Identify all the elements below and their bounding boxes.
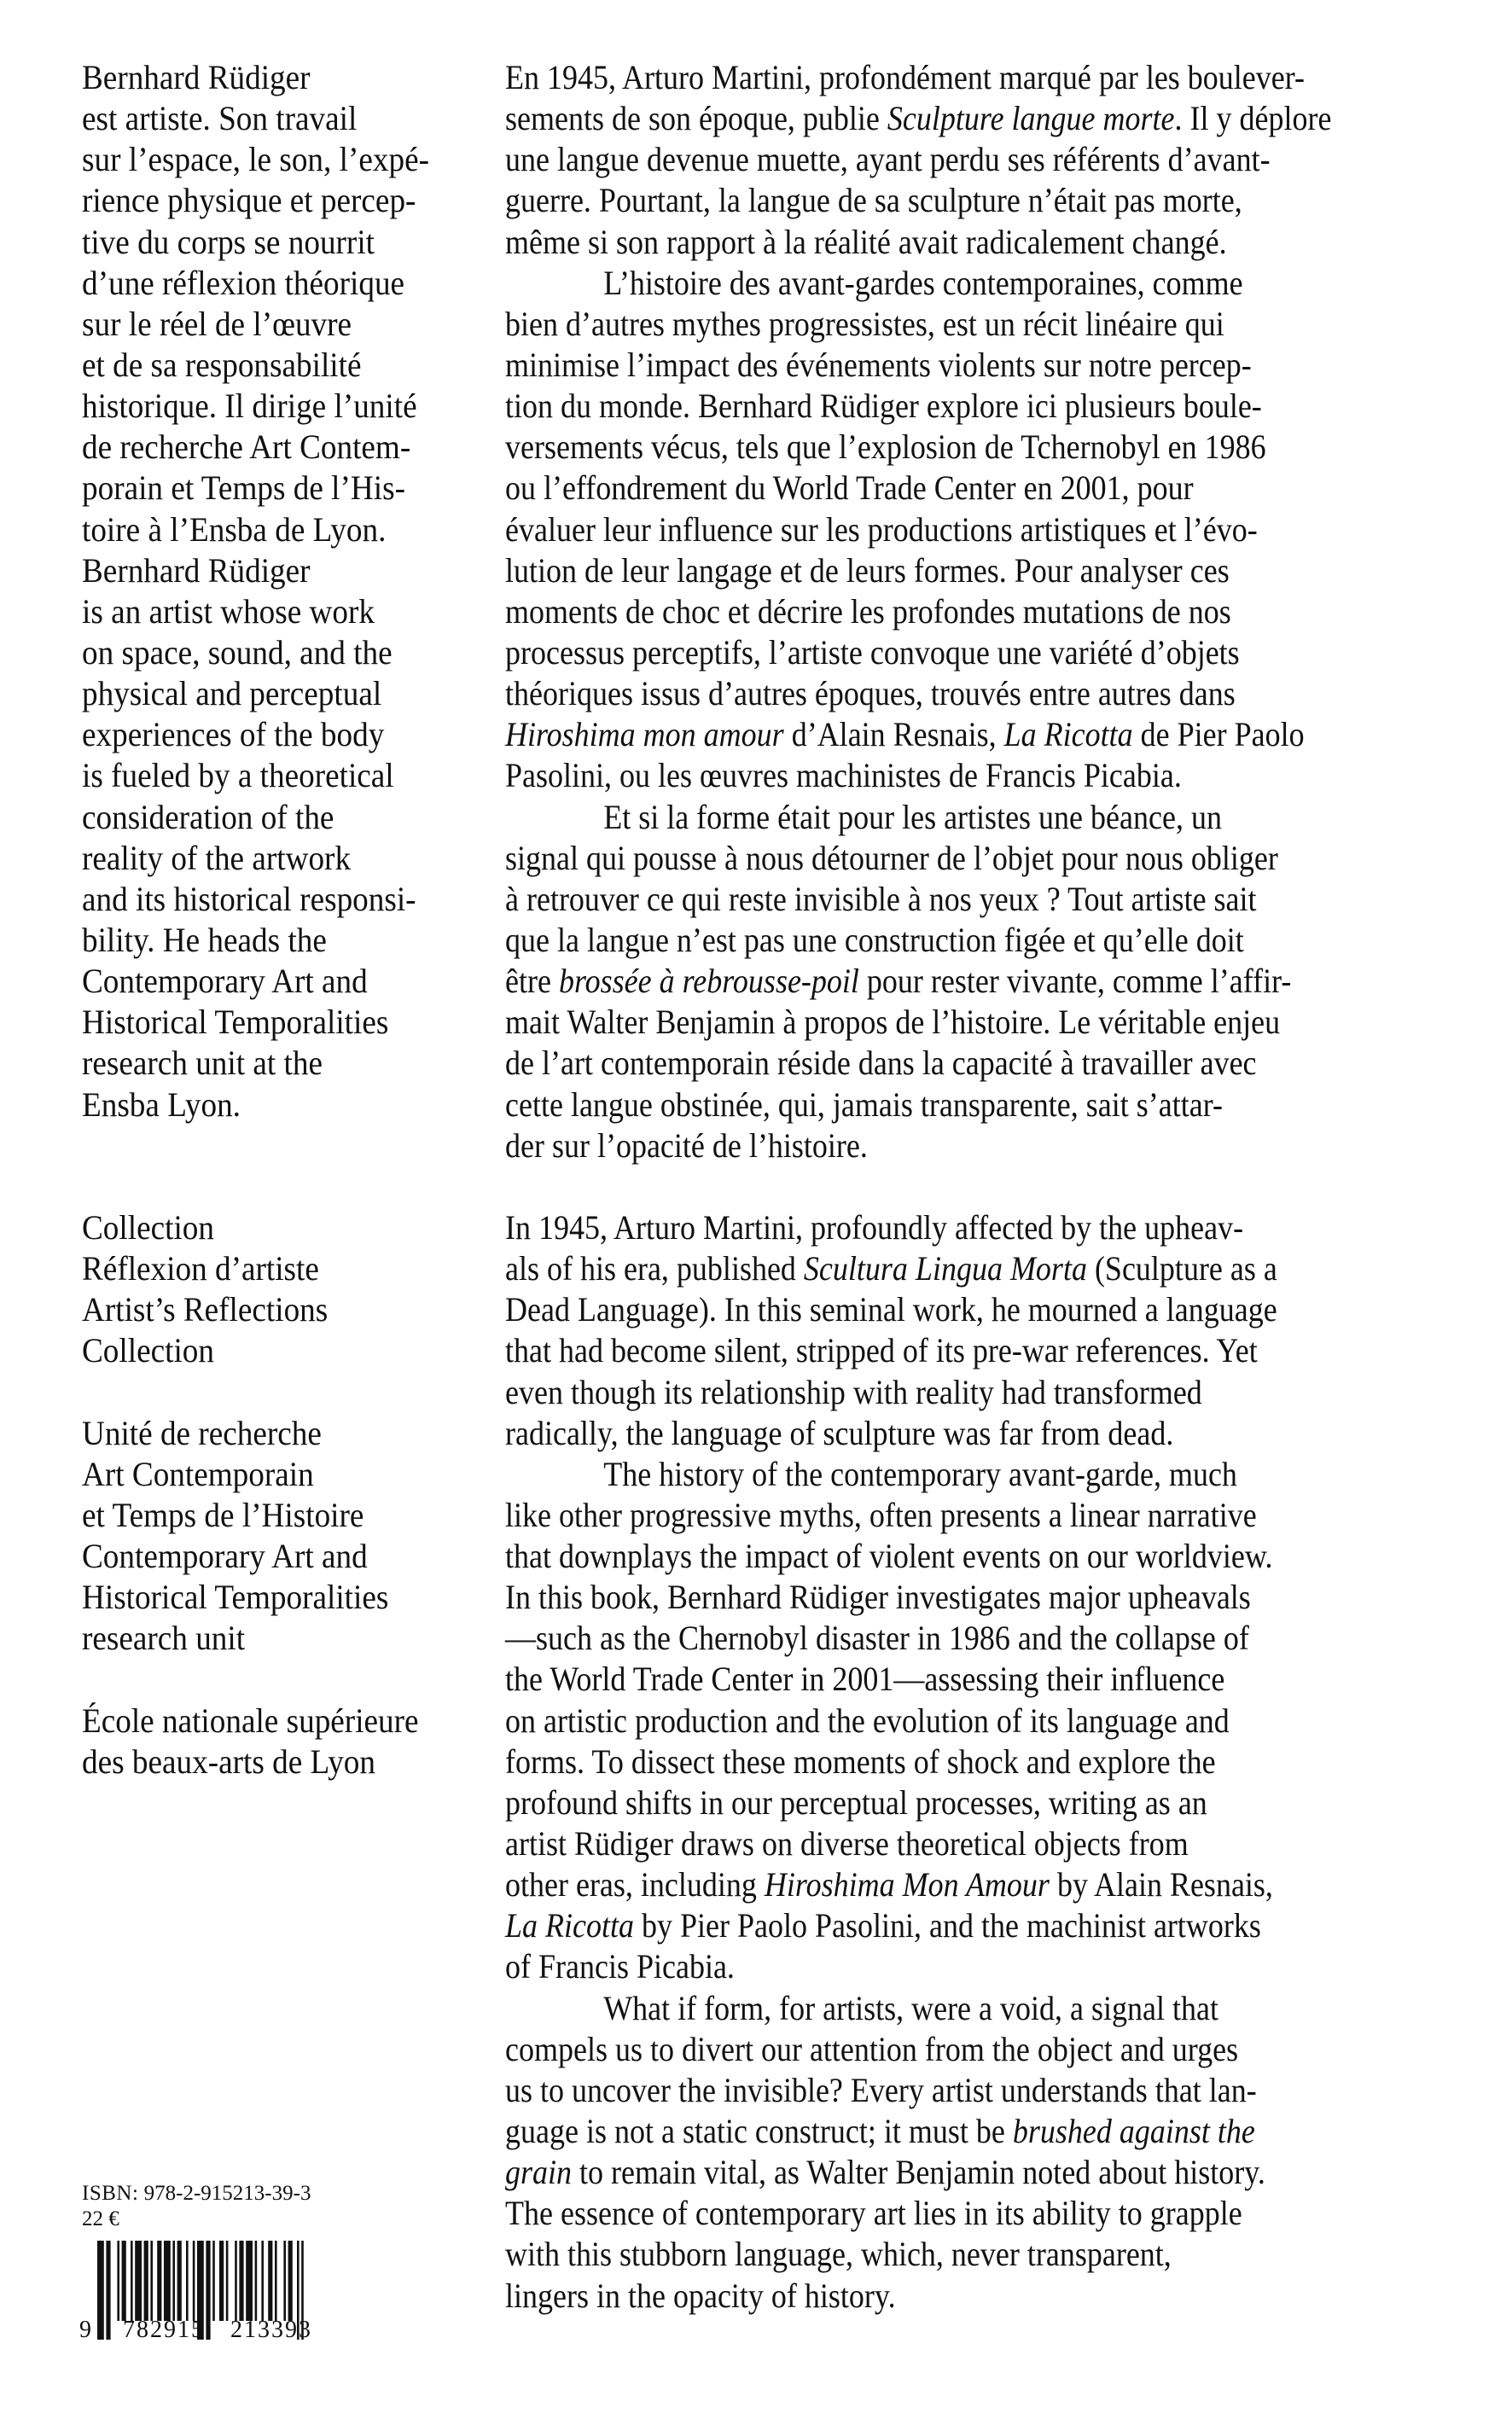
summary-line: La Ricotta by Pier Paolo Pasolini, and t… xyxy=(505,1905,1304,1946)
collection-line: Réflexion d’artiste xyxy=(82,1248,455,1289)
research-unit-line: Art Contemporain xyxy=(82,1454,455,1495)
summary-line: profound shifts in our perceptual proces… xyxy=(505,1782,1304,1823)
summary-line: que la langue n’est pas une construction… xyxy=(505,920,1304,961)
summary-line: processus perceptifs, l’artiste convoque… xyxy=(505,632,1304,673)
summary-line: de l’art contemporain réside dans la cap… xyxy=(505,1043,1304,1084)
collection-line: Collection xyxy=(82,1330,455,1371)
left-column: Bernhard Rüdigerest artiste. Son travail… xyxy=(82,57,483,1782)
bio-line: rience physique et percep- xyxy=(82,180,455,221)
work-title: brushed against the xyxy=(1013,2112,1255,2150)
summary-en: In 1945, Arturo Martini, profoundly affe… xyxy=(505,1207,1393,2317)
bio-line: historique. Il dirige l’unité xyxy=(82,386,455,427)
work-title: La Ricotta xyxy=(505,1906,634,1945)
school-line: des beaux-arts de Lyon xyxy=(82,1742,455,1782)
summary-line: In this book, Bernhard Rüdiger investiga… xyxy=(505,1577,1304,1618)
bio-line: est artiste. Son travail xyxy=(82,98,455,139)
isbn-value: 978-2-915213-39-3 xyxy=(144,2182,311,2205)
summary-line: grain to remain vital, as Walter Benjami… xyxy=(505,2152,1304,2193)
bio-line: toire à l’Ensba de Lyon. xyxy=(82,509,455,550)
research-unit-line: Unité de recherche xyxy=(82,1413,455,1454)
summary-line: artist Rüdiger draws on diverse theoreti… xyxy=(505,1823,1304,1864)
summary-line: —such as the Chernobyl disaster in 1986 … xyxy=(505,1618,1304,1659)
spacer xyxy=(82,1372,455,1413)
barcode-digits-left: 782915 xyxy=(123,2317,205,2343)
summary-line: that downplays the impact of violent eve… xyxy=(505,1536,1304,1577)
summary-line: the World Trade Center in 2001—assessing… xyxy=(505,1659,1304,1700)
summary-line: forms. To dissect these moments of shock… xyxy=(505,1742,1304,1782)
summary-line: En 1945, Arturo Martini, profondément ma… xyxy=(505,57,1304,98)
summary-line: us to uncover the invisible? Every artis… xyxy=(505,2070,1304,2111)
summary-line: The history of the contemporary avant-ga… xyxy=(505,1454,1304,1495)
bio-line: sur l’espace, le son, l’expé- xyxy=(82,139,455,180)
summary-line: sements de son époque, publie Sculpture … xyxy=(505,98,1304,139)
barcode-digits-right: 213393 xyxy=(230,2317,312,2343)
bio-line: is fueled by a theoretical xyxy=(82,755,455,796)
bio-line: and its historical responsi- xyxy=(82,879,455,920)
summary-line: other eras, including Hiroshima Mon Amou… xyxy=(505,1864,1304,1905)
summary-fr: En 1945, Arturo Martini, profondément ma… xyxy=(505,57,1393,1166)
isbn-label: ISBN: xyxy=(82,2182,138,2205)
summary-line: guage is not a static construct; it must… xyxy=(505,2111,1304,2152)
right-column: En 1945, Arturo Martini, profondément ma… xyxy=(505,57,1393,2317)
bio-line: tive du corps se nourrit xyxy=(82,222,455,263)
summary-line: lingers in the opacity of history. xyxy=(505,2276,1304,2317)
summary-line: même si son rapport à la réalité avait r… xyxy=(505,222,1304,263)
summary-line: à retrouver ce qui reste invisible à nos… xyxy=(505,879,1304,920)
summary-line: L’histoire des avant-gardes contemporain… xyxy=(505,263,1304,304)
summary-line: cette langue obstinée, qui, jamais trans… xyxy=(505,1084,1304,1125)
bio-line: reality of the artwork xyxy=(82,838,455,879)
research-unit-line: research unit xyxy=(82,1618,455,1659)
summary-line: versements vécus, tels que l’explosion d… xyxy=(505,427,1304,468)
price: 22 € xyxy=(82,2207,311,2232)
work-title: Hiroshima mon amour xyxy=(505,715,784,753)
work-title: Sculpture langue morte xyxy=(887,99,1175,137)
summary-line: évaluer leur influence sur les productio… xyxy=(505,509,1304,550)
bio-line: sur le réel de l’œuvre xyxy=(82,304,455,345)
bio-line: Contemporary Art and xyxy=(82,961,455,1002)
isbn: ISBN: 978-2-915213-39-3 xyxy=(82,2181,311,2207)
bio-line: et de sa responsabilité xyxy=(82,345,455,386)
summary-line: even though its relationship with realit… xyxy=(505,1372,1304,1413)
research-unit-line: Historical Temporalities xyxy=(82,1577,455,1618)
summary-line: signal qui pousse à nous détourner de l’… xyxy=(505,838,1304,879)
summary-line: guerre. Pourtant, la langue de sa sculpt… xyxy=(505,180,1304,221)
research-unit-line: et Temps de l’Histoire xyxy=(82,1495,455,1536)
summary-line: une langue devenue muette, ayant perdu s… xyxy=(505,139,1304,180)
barcode-digit-first: 9 xyxy=(79,2317,91,2343)
summary-line: der sur l’opacité de l’histoire. xyxy=(505,1125,1304,1166)
school-info: École nationale supérieuredes beaux-arts… xyxy=(82,1701,483,1782)
bio-line: bility. He heads the xyxy=(82,920,455,961)
summary-line: moments de choc et décrire les profondes… xyxy=(505,591,1304,632)
school-line: École nationale supérieure xyxy=(82,1701,455,1742)
summary-line: être brossée à rebrousse-poil pour reste… xyxy=(505,961,1304,1002)
research-unit-line: Contemporary Art and xyxy=(82,1536,455,1577)
summary-line: with this stubborn language, which, neve… xyxy=(505,2234,1304,2275)
summary-line: In 1945, Arturo Martini, profoundly affe… xyxy=(505,1207,1304,1248)
summary-line: What if form, for artists, were a void, … xyxy=(505,1988,1304,2029)
bio-line: experiences of the body xyxy=(82,714,455,755)
author-bio-fr: Bernhard Rüdigerest artiste. Son travail… xyxy=(82,57,483,550)
spacer xyxy=(82,1125,455,1166)
bio-line: Ensba Lyon. xyxy=(82,1084,455,1125)
summary-line: als of his era, published Scultura Lingu… xyxy=(505,1248,1304,1289)
summary-line: The essence of contemporary art lies in … xyxy=(505,2193,1304,2234)
spacer xyxy=(82,1166,455,1207)
bio-line: porain et Temps de l’His- xyxy=(82,468,455,509)
collection-info: CollectionRéflexion d’artisteArtist’s Re… xyxy=(82,1207,483,1372)
collection-line: Artist’s Reflections xyxy=(82,1289,455,1330)
summary-line: of Francis Picabia. xyxy=(505,1946,1304,1987)
bio-line: de recherche Art Contem- xyxy=(82,427,455,468)
summary-line: radically, the language of sculpture was… xyxy=(505,1413,1304,1454)
summary-line: like other progressive myths, often pres… xyxy=(505,1495,1304,1536)
bio-line: d’une réflexion théorique xyxy=(82,263,455,304)
work-title: Hiroshima Mon Amour xyxy=(765,1865,1050,1904)
summary-line: théoriques issus d’autres époques, trouv… xyxy=(505,673,1304,714)
summary-line: tion du monde. Bernhard Rüdiger explore … xyxy=(505,386,1304,427)
research-unit-info: Unité de rechercheArt Contemporainet Tem… xyxy=(82,1413,483,1660)
work-title: La Ricotta xyxy=(1004,715,1133,753)
summary-line: lution de leur langage et de leurs forme… xyxy=(505,550,1304,591)
summary-line: Hiroshima mon amour d’Alain Resnais, La … xyxy=(505,714,1304,755)
summary-line: on artistic production and the evolution… xyxy=(505,1701,1304,1742)
work-title: Scultura Lingua Morta xyxy=(804,1249,1087,1288)
work-title: brossée à rebrousse-poil xyxy=(559,962,859,1000)
bio-line: Bernhard Rüdiger xyxy=(82,550,455,591)
summary-line: bien d’autres mythes progressistes, est … xyxy=(505,304,1304,345)
bio-line: consideration of the xyxy=(82,797,455,838)
summary-line: Dead Language). In this seminal work, he… xyxy=(505,1289,1304,1330)
bio-line: research unit at the xyxy=(82,1043,455,1084)
summary-line: compels us to divert our attention from … xyxy=(505,2029,1304,2070)
author-bio-en: Bernhard Rüdigeris an artist whose worko… xyxy=(82,550,483,1125)
spacer xyxy=(505,1166,1304,1207)
summary-line: that had become silent, stripped of its … xyxy=(505,1330,1304,1371)
bio-line: Historical Temporalities xyxy=(82,1002,455,1043)
book-meta: ISBN: 978-2-915213-39-3 22 € xyxy=(82,2181,311,2232)
summary-line: mait Walter Benjamin à propos de l’histo… xyxy=(505,1002,1304,1043)
summary-line: Pasolini, ou les œuvres machinistes de F… xyxy=(505,755,1304,796)
bio-line: is an artist whose work xyxy=(82,591,455,632)
spacer xyxy=(82,1659,455,1700)
summary-line: ou l’effondrement du World Trade Center … xyxy=(505,468,1304,509)
summary-line: minimise l’impact des événements violent… xyxy=(505,345,1304,386)
bio-line: on space, sound, and the xyxy=(82,632,455,673)
bio-line: physical and perceptual xyxy=(82,673,455,714)
work-title: grain xyxy=(505,2153,572,2191)
collection-line: Collection xyxy=(82,1207,455,1248)
bio-line: Bernhard Rüdiger xyxy=(82,57,455,98)
summary-line: Et si la forme était pour les artistes u… xyxy=(505,797,1304,838)
